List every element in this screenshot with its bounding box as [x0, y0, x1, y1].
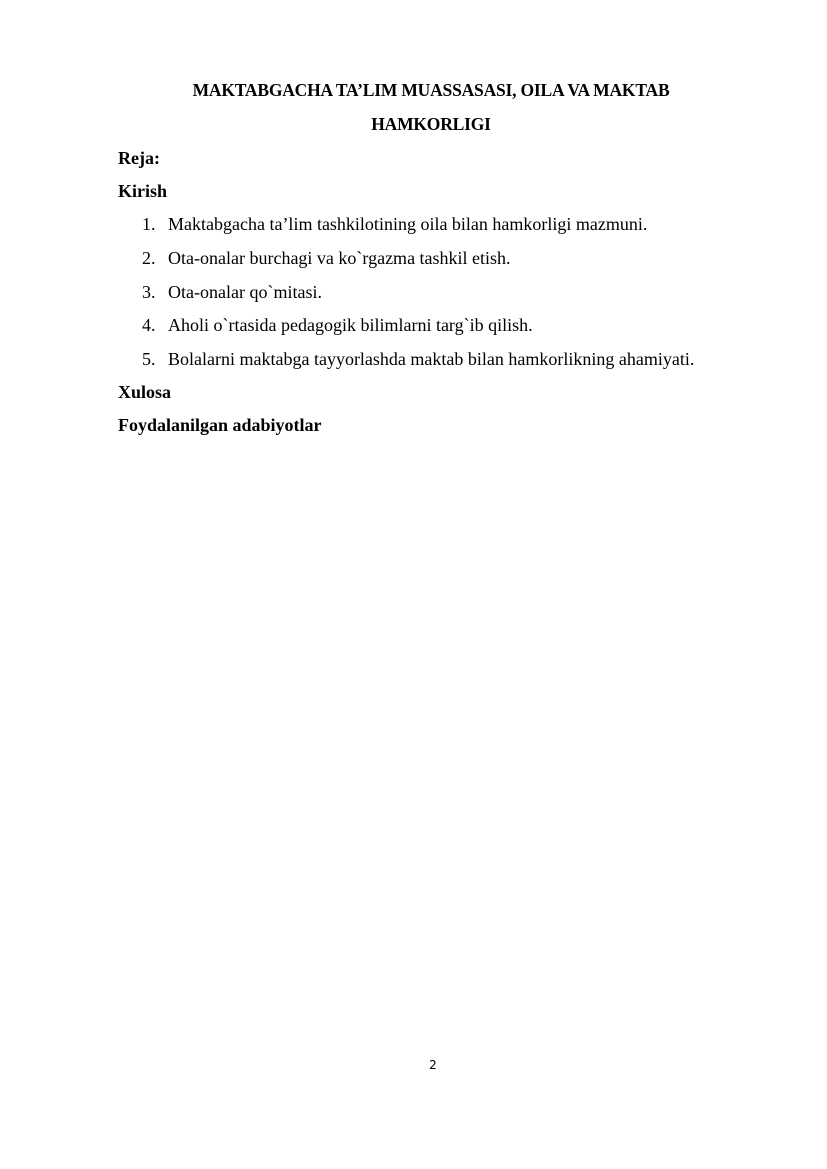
page-number: 2 — [0, 1058, 827, 1072]
plan-item-text: Bolalarni maktabga tayyorlashda maktab b… — [168, 349, 694, 369]
plan-item-text: Ota-onalar qo`mitasi. — [168, 282, 322, 302]
references-heading: Foydalanilgan adabiyotlar — [118, 415, 322, 435]
plan-list-item: 4.Aholi o`rtasida pedagogik bilimlarni t… — [142, 315, 533, 335]
plan-list-item: 2.Ota-onalar burchagi va ko`rgazma tashk… — [142, 248, 511, 268]
document-page: MAKTABGACHA TA’LIM MUASSASASI, OILA VA M… — [0, 0, 827, 1169]
plan-list-item: 5.Bolalarni maktabga tayyorlashda maktab… — [142, 349, 694, 369]
conclusion-heading: Xulosa — [118, 382, 171, 402]
introduction-heading: Kirish — [118, 181, 167, 201]
plan-item-number: 5. — [142, 349, 168, 369]
plan-item-number: 1. — [142, 214, 168, 234]
plan-list-item: 3.Ota-onalar qo`mitasi. — [142, 282, 322, 302]
plan-item-number: 2. — [142, 248, 168, 268]
plan-item-number: 4. — [142, 315, 168, 335]
document-title-line-1: MAKTABGACHA TA’LIM MUASSASASI, OILA VA M… — [118, 80, 744, 100]
plan-item-number: 3. — [142, 282, 168, 302]
plan-item-text: Ota-onalar burchagi va ko`rgazma tashkil… — [168, 248, 511, 268]
plan-item-text: Maktabgacha ta’lim tashkilotining oila b… — [168, 214, 647, 234]
plan-heading: Reja: — [118, 148, 160, 168]
plan-list-item: 1.Maktabgacha ta’lim tashkilotining oila… — [142, 214, 647, 234]
plan-item-text: Aholi o`rtasida pedagogik bilimlarni tar… — [168, 315, 533, 335]
document-title-line-2: HAMKORLIGI — [118, 114, 744, 134]
